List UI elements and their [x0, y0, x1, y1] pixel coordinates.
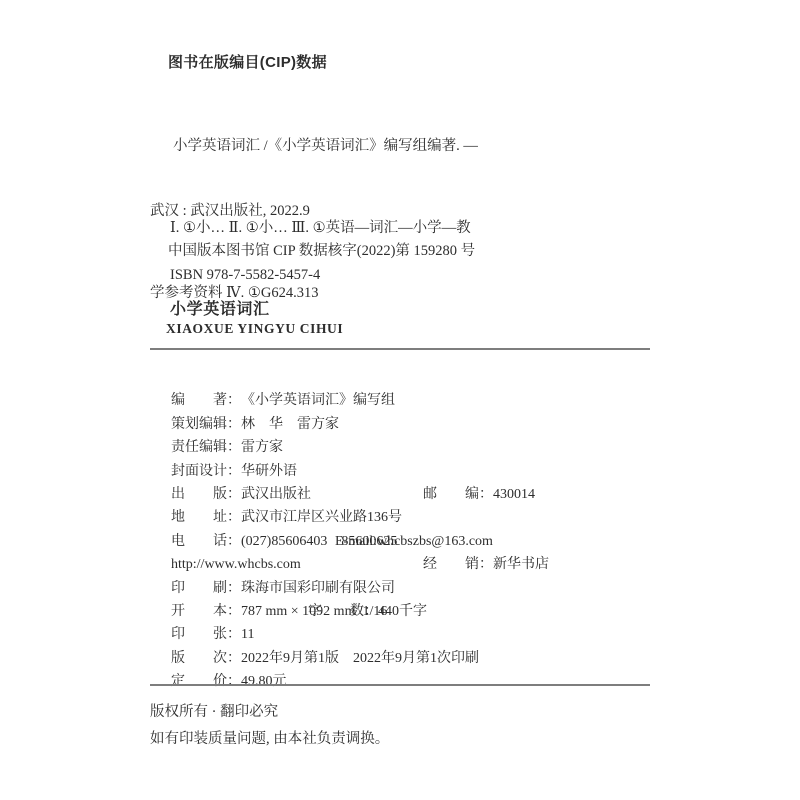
- row-label: 定 价：: [171, 670, 241, 693]
- colophon-row-price: 定 价：49.80元: [150, 647, 670, 670]
- colophon-table: 编 著：《小学英语词汇》编写组 策划编辑：林 华 雷方家 责任编辑：雷方家 封面…: [150, 366, 670, 670]
- colophon-row-printer: 印 刷：珠海市国彩印刷有限公司 经 销：新华书店: [150, 553, 670, 576]
- row-value: 新华书店: [493, 557, 549, 572]
- row-label: 字 数：: [308, 600, 378, 623]
- colophon-row-planning-editor: 策划编辑：林 华 雷方家: [150, 389, 670, 412]
- colophon-row-distributor: 经 销：新华书店: [423, 553, 549, 576]
- book-title: 小学英语词汇: [170, 296, 270, 319]
- row-label: 邮 编：: [423, 483, 493, 506]
- cip-record-number: 中国版本图书馆 CIP 数据核字(2022)第 159280 号: [168, 239, 475, 260]
- colophon-row-format: 开 本：787 mm × 1092 mm 1/16: [150, 577, 670, 600]
- colophon-row-word-count: 字 数：440千字: [308, 600, 427, 623]
- divider-top: [150, 348, 650, 350]
- copyright-page: 图书在版编目(CIP)数据 小学英语词汇 /《小学英语词汇》编写组编著. — 武…: [0, 0, 800, 800]
- colophon-row-postcode: 邮 编：430014: [423, 483, 535, 506]
- colophon-row-phone: 电 话：(027)85606403 85600625: [150, 506, 670, 529]
- colophon-row-publisher: 出 版：武汉出版社: [150, 460, 670, 483]
- book-title-pinyin: XIAOXUE YINGYU CIHUI: [166, 321, 343, 337]
- row-value: 430014: [493, 487, 535, 502]
- colophon-row-author: 编 著：《小学英语词汇》编写组: [150, 366, 670, 389]
- cip-line-classification-1: Ⅰ. ①小… Ⅱ. ①小… Ⅲ. ①英语—词汇—小学—教: [150, 218, 471, 240]
- colophon-row-address: 地 址：武汉市江岸区兴业路136号 邮 编：430014: [150, 483, 670, 506]
- quality-notice: 如有印装质量问题, 由本社负责调换。: [150, 727, 389, 748]
- row-label: 经 销：: [423, 553, 493, 576]
- publisher-email: E-mail:whcbszbs@163.com: [335, 530, 493, 553]
- row-value: 440千字: [378, 604, 427, 619]
- colophon-row-cover-design: 封面设计：华研外语: [150, 436, 670, 459]
- row-value: 49.80元: [241, 674, 287, 689]
- colophon-row-sheets: 印 张：11 字 数：440千字: [150, 600, 670, 623]
- colophon-row-responsible-editor: 责任编辑：雷方家: [150, 413, 670, 436]
- divider-bottom: [150, 684, 650, 686]
- colophon-row-web-contact: http://www.whcbs.com E-mail:whcbszbs@163…: [150, 530, 670, 553]
- colophon-row-edition: 版 次：2022年9月第1版 2022年9月第1次印刷: [150, 623, 670, 646]
- copyright-notice: 版权所有 · 翻印必究: [150, 700, 278, 721]
- cip-header: 图书在版编目(CIP)数据: [168, 51, 327, 72]
- cip-line-title-statement: 小学英语词汇 /《小学英语词汇》编写组编著. —: [150, 136, 478, 158]
